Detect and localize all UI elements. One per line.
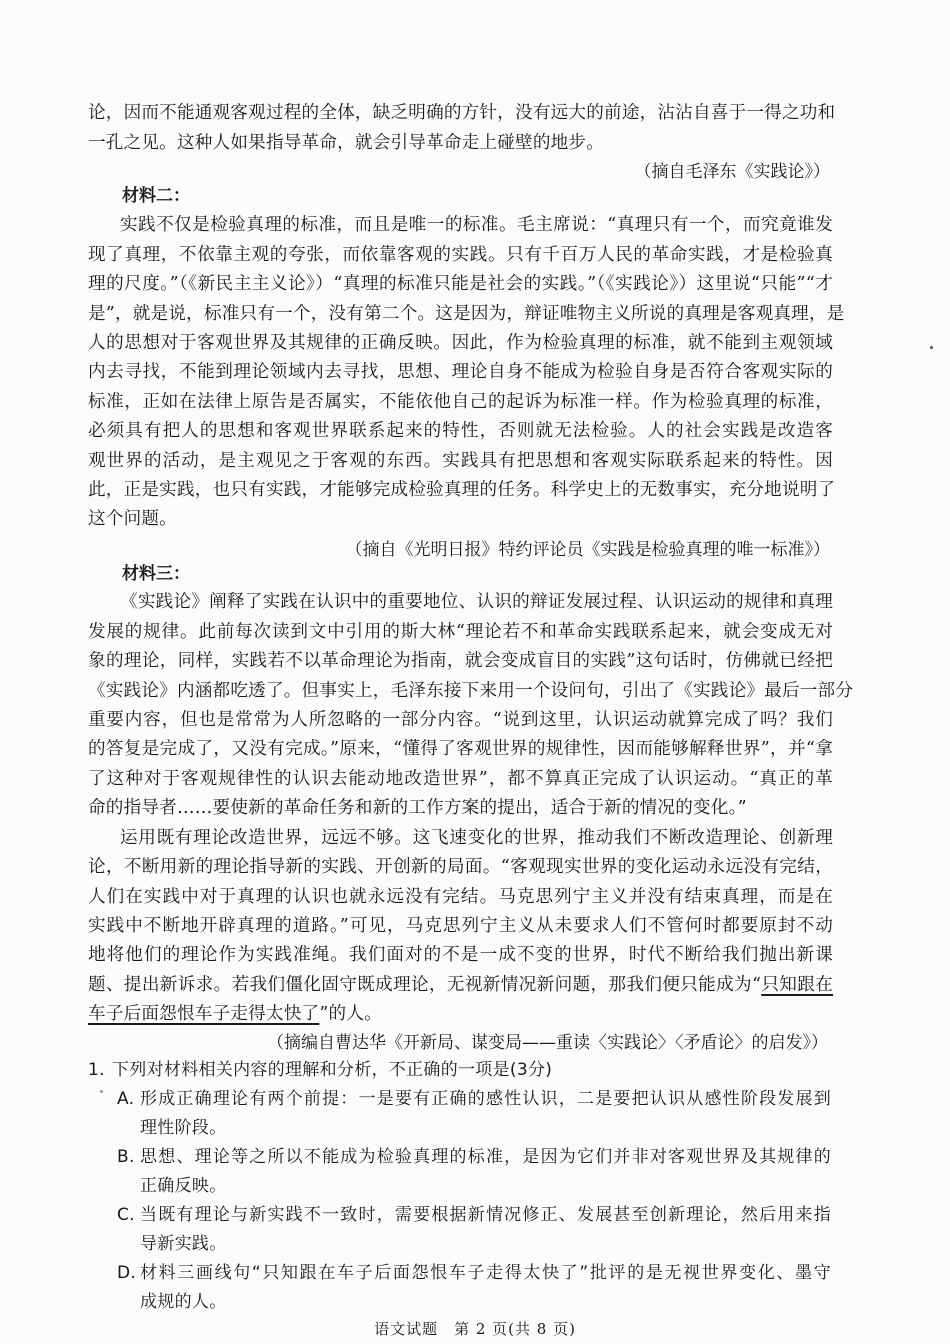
material3-line: 运用既有理论改造世界，远远不够。这飞速变化的世界，推动我们不断改造理论、创新理 (120, 826, 833, 850)
material2-line: 实践不仅是检验真理的标准，而且是唯一的标准。毛主席说：“真理只有一个，而究竟谁发 (120, 213, 833, 237)
option-d-label[interactable]: D. (117, 1261, 136, 1285)
material3-line-underlined-start: 题、提出新诉求。若我们僵化固守既成理论，无视新情况新问题，那我们便只能成为“只知… (88, 973, 833, 997)
option-a-text[interactable]: 形成正确理论有两个前提：一是要有正确的感性认识，二是要把认识从感性阶段发展到 (140, 1087, 831, 1111)
option-a-label[interactable]: A. (117, 1087, 134, 1111)
question-number: 1. (88, 1058, 105, 1082)
material3-line: 人们在实践中对于真理的认识也就永远没有完结。马克思列宁主义并没有结束真理，而是在 (88, 885, 833, 909)
option-b-text-cont[interactable]: 正确反映。 (140, 1174, 227, 1198)
option-b-text[interactable]: 思想、理论等之所以不能成为检验真理的标准，是因为它们并非对客观世界及其规律的 (140, 1145, 831, 1169)
option-c-text[interactable]: 当既有理论与新实践不一致时，需要根据新情况修正、发展甚至创新理论，然后用来指 (140, 1203, 831, 1227)
material3-line: 了这种对于客观规律性的认识去能动地改造世界”，都不算真正完成了认识运动。“真正的… (88, 767, 833, 791)
material2-line: 必须具有把人的思想和客观世界联系起来的特性，否则就无法检验。人的社会实践是改造客 (88, 419, 833, 443)
material3-line: 的答复是完成了，又没有完成。”原来，“懂得了客观世界的规律性，因而能够解释世界”… (88, 737, 833, 761)
material3-heading: 材料三： (122, 562, 190, 586)
material2-line: 人的思想对于客观世界及其规律的正确反映。因此，作为检验真理的标准，就不能到主观领… (88, 331, 833, 355)
scan-speck (100, 1090, 103, 1093)
option-c-label[interactable]: C. (117, 1203, 135, 1227)
text-segment: 题、提出新诉求。若我们僵化固守既成理论，无视新情况新问题，那我们便只能成为“ (88, 975, 761, 995)
material2-line: 理的尺度。”（《新民主主义论》）“真理的标准只能是社会的实践。”（《实践论》）这… (88, 272, 833, 296)
material3-line-underlined-end: 车子后面怨恨车子走得太快了”的人。 (88, 1002, 833, 1026)
material3-line: 重要内容，但也是常常为人所忽略的一部分内容。“说到这里，认识运动就算完成了吗？我… (88, 708, 833, 732)
question-stem: 下列对材料相关内容的理解和分析，不正确的一项是(3分) (112, 1058, 552, 1082)
option-c-text-cont[interactable]: 导新实践。 (140, 1232, 227, 1256)
material2-source: （摘自《光明日报》特约评论员《实践是检验真理的唯一标准》） (346, 538, 831, 562)
material3-line: 地将他们的理论作为实践准绳。我们面对的不是一成不变的世界，时代不断给我们抛出新课 (88, 943, 833, 967)
material1-line: 一孔之见。这种人如果指导革命，就会引导革命走上碰壁的地步。 (88, 131, 833, 155)
material2-line: 现了真理，不依靠主观的夸张，而依靠客观的实践。只有千百万人民的革命实践，才是检验… (88, 243, 833, 267)
exam-page: 论，因而不能通观客观过程的全体，缺乏明确的方针，没有远大的前途，沾沾自喜于一得之… (0, 0, 950, 1344)
material3-line: 象的理论，同样，实践若不以革命理论为指南，就会变成盲目的实践”这句话时，仿佛就已… (88, 649, 833, 673)
material2-line: 观世界的活动，是主观见之于客观的东西。实践具有把思想和客观实际联系起来的特性。因 (88, 449, 833, 473)
material2-line: 内去寻找，不能到理论领域内去寻找，思想、理论自身不能成为检验自身是否符合客观实际… (88, 360, 833, 384)
material2-line: 此，正是实践，也只有实践，才能够完成检验真理的任务。科学史上的无数事实，充分地说… (88, 478, 833, 502)
option-d-text-cont[interactable]: 成规的人。 (140, 1290, 227, 1314)
material2-heading: 材料二： (122, 184, 190, 208)
scan-speck (930, 346, 933, 349)
material3-line: 论，不断用新的理论指导新的实践、开创新的局面。“客观现实世界的变化运动永远没有完… (88, 855, 833, 879)
material2-line: 标准，正如在法律上原告是否属实，不能依他自己的起诉为标准一样。作为检验真理的标准… (88, 390, 833, 414)
text-segment: ”的人。 (319, 1004, 382, 1024)
option-d-text[interactable]: 材料三画线句“只知跟在车子后面怨恨车子走得太快了”批评的是无视世界变化、墨守 (140, 1261, 831, 1285)
option-b-label[interactable]: B. (117, 1145, 135, 1169)
material3-line: 命的指导者……要使新的革命任务和新的工作方案的提出，适合于新的情况的变化。” (88, 796, 833, 820)
material1-line: 论，因而不能通观客观过程的全体，缺乏明确的方针，没有远大的前途，沾沾自喜于一得之… (88, 101, 833, 125)
material3-source: （摘编自曹达华《开新局、谋变局——重读〈实践论〉〈矛盾论〉的启发》） (267, 1031, 828, 1055)
material3-line: 发展的规律。此前每次读到文中引用的斯大林“理论若不和革命实践联系起来，就会变成无… (88, 620, 833, 644)
option-a-text-cont[interactable]: 理性阶段。 (140, 1116, 227, 1140)
underlined-sentence: 只知跟在 (761, 975, 833, 995)
material2-line: 是”，就是说，标准只有一个，没有第二个。这是因为，辩证唯物主义所说的真理是客观真… (88, 302, 833, 326)
material3-line: 实践中不断地开辟真理的道路。”可见，马克思列宁主义从未要求人们不管何时都要原封不… (88, 914, 833, 938)
material1-source: （摘自毛泽东《实践论》） (635, 160, 831, 184)
material3-line: 《实践论》内涵都吃透了。但事实上，毛泽东接下来用一个设问句，引出了《实践论》最后… (88, 679, 833, 703)
material2-line: 这个问题。 (88, 507, 833, 531)
page-footer: 语文试题 第 2 页(共 8 页) (0, 1318, 950, 1339)
underlined-sentence: 车子后面怨恨车子走得太快了 (88, 1004, 319, 1024)
material3-line: 《实践论》阐释了实践在认识中的重要地位、认识的辩证发展过程、认识运动的规律和真理 (120, 590, 833, 614)
